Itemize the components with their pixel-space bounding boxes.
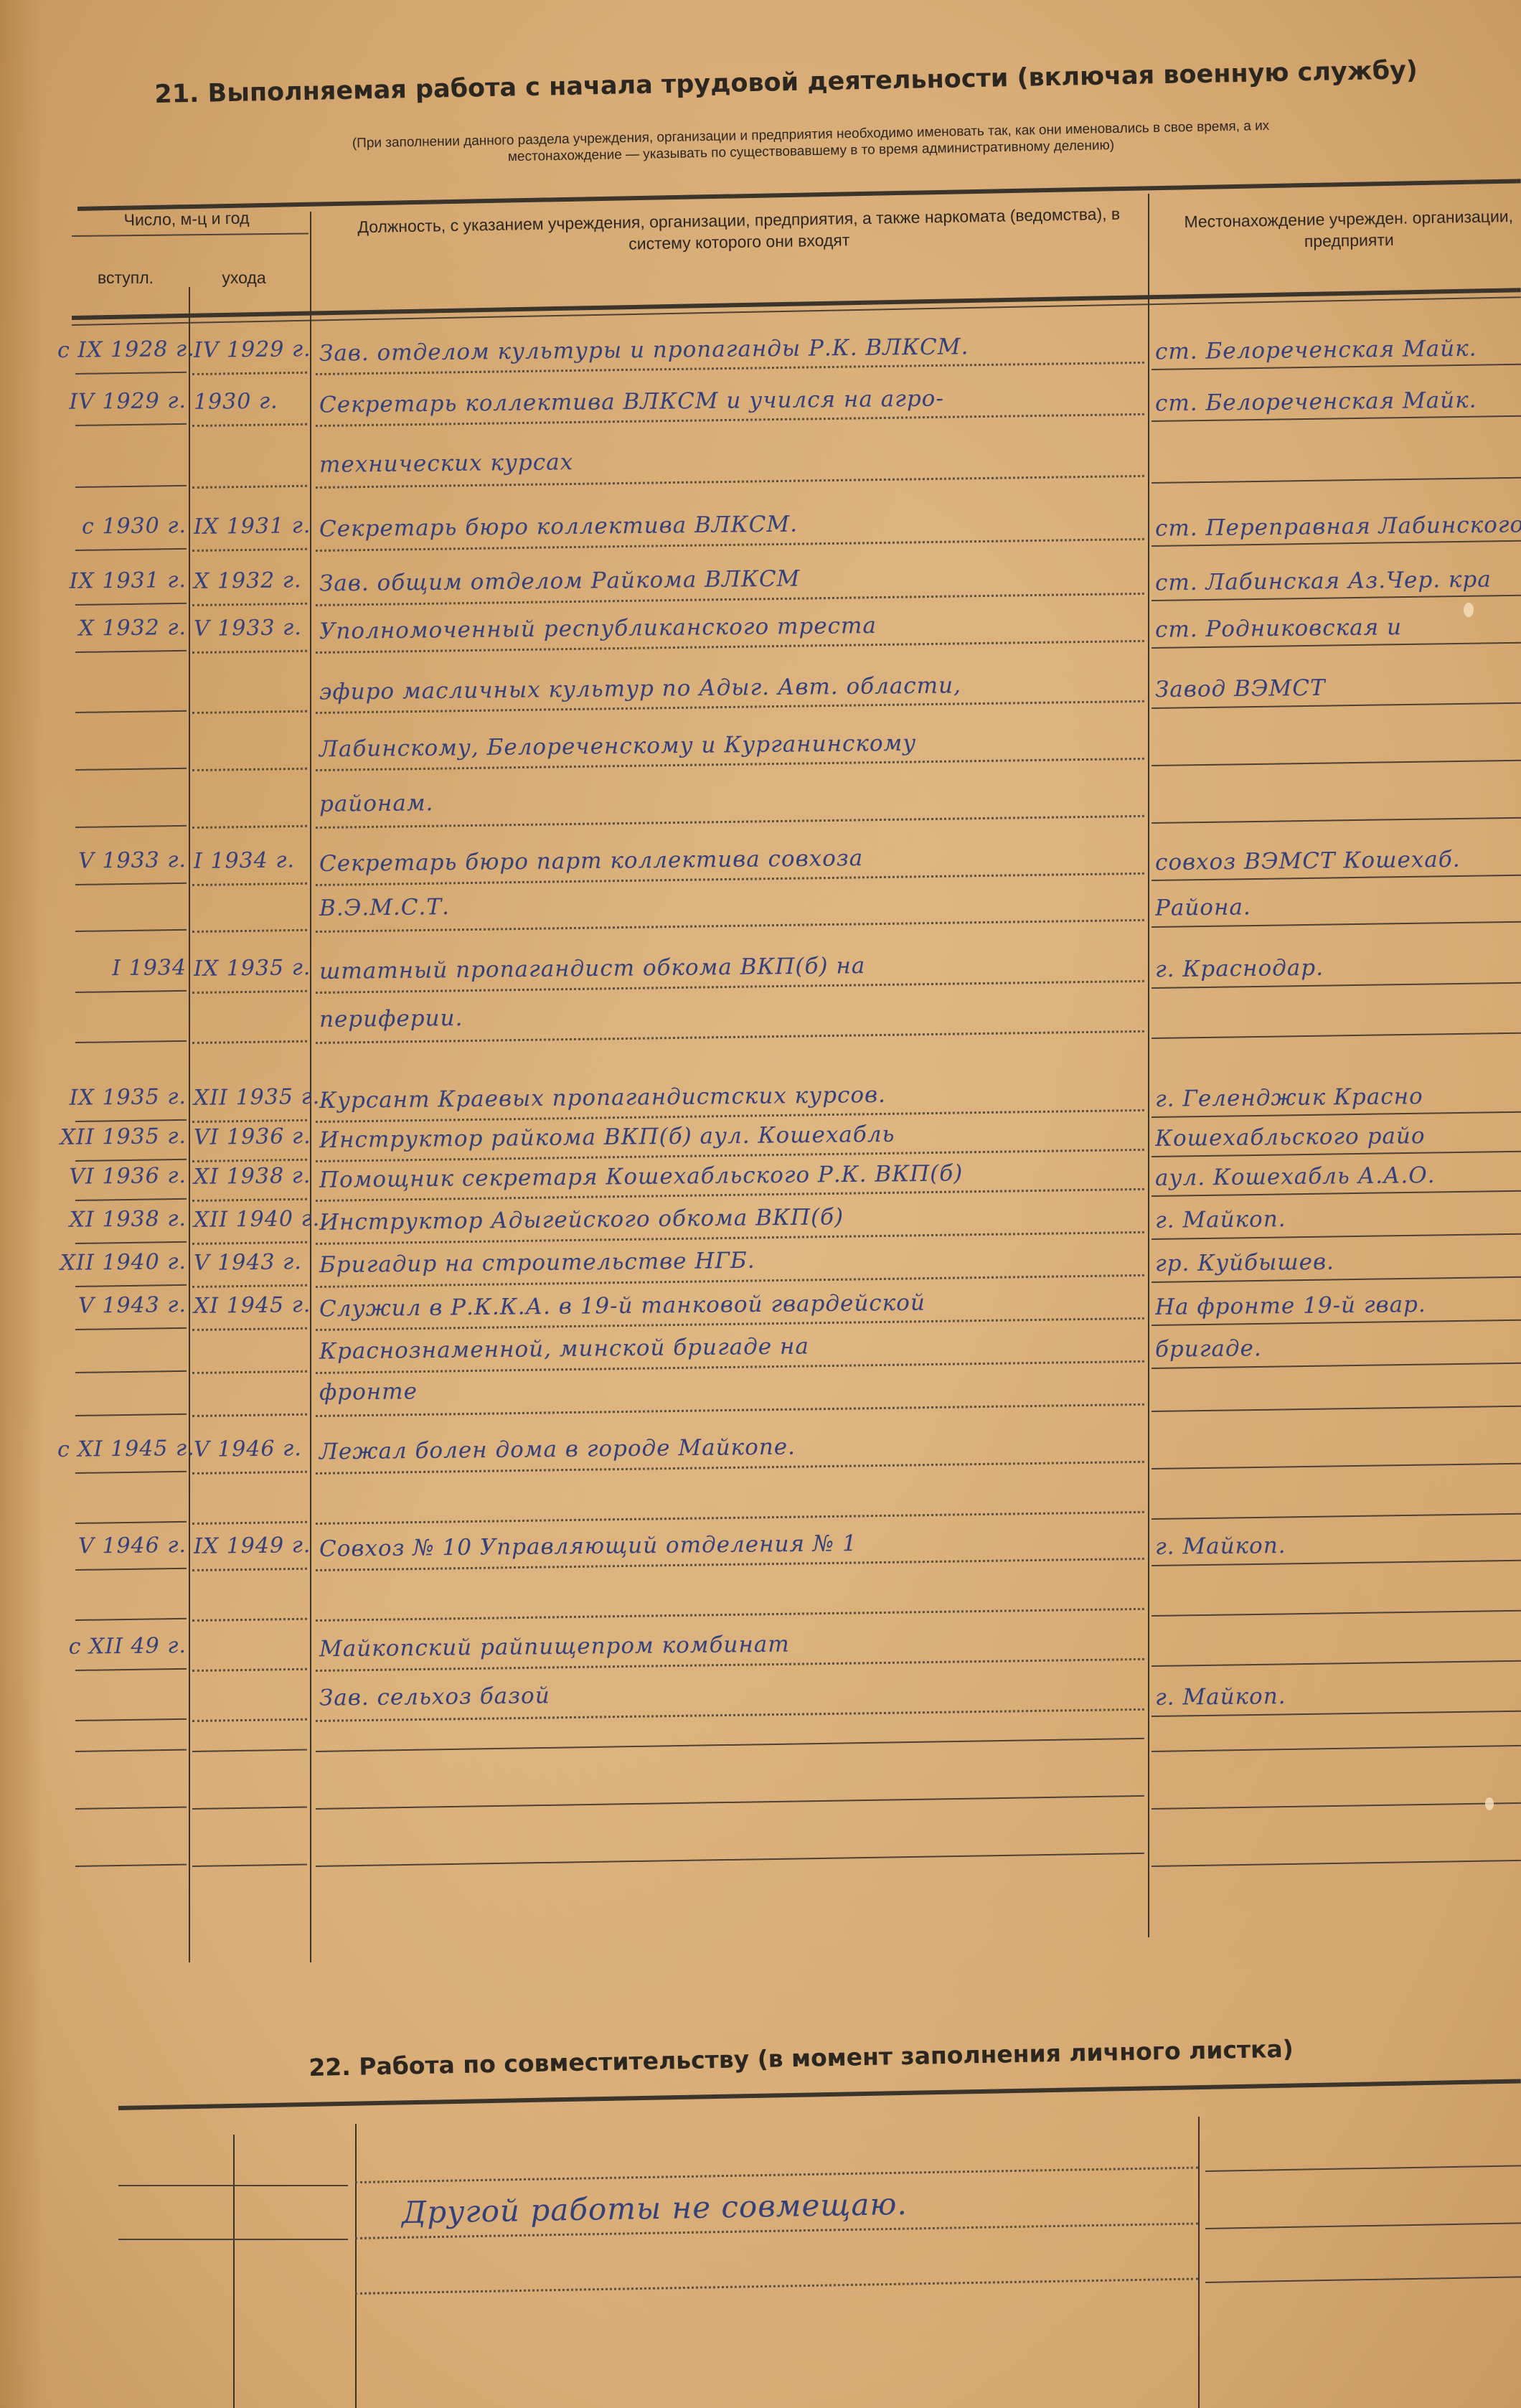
header-date-group: Число, м-ц и год xyxy=(68,206,305,232)
section-22-entry: Другой работы не совмещаю. xyxy=(402,2190,908,2227)
row-exit-date: IX 1935 г. xyxy=(194,954,309,984)
row-position: штатный пропагандист обкома ВКП(б) на xyxy=(319,951,866,986)
row-position: Зав. общим отделом Райкома ВЛКСМ xyxy=(319,564,801,598)
row-location: г. Майкоп. xyxy=(1155,1531,1286,1561)
row-location: бригаде. xyxy=(1155,1334,1262,1364)
row-entry-date: XI 1938 г. xyxy=(57,1205,187,1235)
row-position: фронте xyxy=(319,1377,418,1406)
row-entry-date: IV 1929 г. xyxy=(57,387,187,417)
row-exit-date: V 1946 г. xyxy=(194,1434,309,1464)
s22-column-divider-entry xyxy=(233,2135,235,2408)
row-location: г. Геленджик Красно xyxy=(1155,1082,1423,1114)
row-position: Бригадир на строительстве НГБ. xyxy=(319,1246,755,1279)
row-location: ст. Переправная Лабинского xyxy=(1155,510,1521,542)
row-entry-date: XII 1940 г. xyxy=(57,1248,187,1278)
row-position: Майкопский райпищепром комбинат xyxy=(319,1630,790,1664)
row-position: Секретарь бюро парт коллектива совхоза xyxy=(319,844,864,878)
row-entry-date: с IX 1928 г. xyxy=(57,335,187,365)
row-entry-date: V 1943 г. xyxy=(57,1291,187,1321)
row-location: совхоз ВЭМСТ Кошехаб. xyxy=(1155,845,1461,877)
row-exit-date: XI 1945 г. xyxy=(194,1291,309,1321)
row-location: Кошехабльского райо xyxy=(1155,1121,1426,1153)
row-entry-date: I 1934 xyxy=(57,954,187,984)
row-entry-date: VI 1936 г. xyxy=(57,1162,187,1192)
s22-line-2c xyxy=(118,2239,348,2240)
row-location: г. Майкоп. xyxy=(1155,1682,1286,1712)
page-edge-shadow xyxy=(0,0,43,2408)
row-position: Уполномоченный республиканского треста xyxy=(319,611,877,646)
row-location: Завод ВЭМСТ xyxy=(1155,674,1326,704)
row-exit-date: IX 1949 г. xyxy=(194,1531,309,1561)
row-exit-date: XII 1935 г. xyxy=(194,1083,309,1113)
s22-column-divider-exit xyxy=(355,2124,357,2408)
row-location: ст. Лабинская Аз.Чер. кра xyxy=(1155,565,1492,598)
row-position: периферии. xyxy=(319,1004,463,1034)
row-location: ст. Белореченская Майк. xyxy=(1155,386,1477,418)
row-position: В.Э.М.С.Т. xyxy=(319,893,450,923)
row-exit-date: V 1933 г. xyxy=(194,613,309,644)
row-location: г. Майкоп. xyxy=(1155,1205,1286,1235)
row-position: Курсант Краевых пропагандистских курсов. xyxy=(319,1081,886,1115)
row-entry-date: V 1933 г. xyxy=(57,846,187,876)
row-location: гр. Куйбышев. xyxy=(1155,1248,1334,1279)
row-entry-date: IX 1935 г. xyxy=(57,1083,187,1113)
s22-line-1c xyxy=(118,2185,348,2186)
row-exit-date: X 1932 г. xyxy=(194,566,309,596)
row-position: районам. xyxy=(319,789,434,819)
s22-column-divider-location xyxy=(1198,2117,1200,2408)
header-entry: вступл. xyxy=(72,267,179,288)
row-location: ст. Родниковская и xyxy=(1155,613,1402,644)
header-location: Местонахождение учрежден. организации, п… xyxy=(1169,205,1521,255)
row-exit-date: XI 1938 г. xyxy=(194,1162,309,1192)
row-position: Краснознаменной, минской бригаде на xyxy=(319,1332,809,1365)
row-location: ст. Белореченская Майк. xyxy=(1155,334,1477,367)
row-exit-date: IX 1931 г. xyxy=(194,512,309,542)
column-divider-entry xyxy=(189,287,190,1962)
row-position: Лежал болен дома в городе Майкопе. xyxy=(319,1433,796,1467)
row-location: Района. xyxy=(1155,893,1251,922)
row-entry-date: X 1932 г. xyxy=(57,613,187,644)
row-exit-date: I 1934 г. xyxy=(194,846,309,876)
paper-blemish xyxy=(1464,603,1474,617)
paper-blemish xyxy=(1485,1797,1494,1810)
row-entry-date: IX 1931 г. xyxy=(57,566,187,596)
row-entry-date: с XII 49 г. xyxy=(57,1632,187,1662)
row-position: Совхоз № 10 Управляющий отделения № 1 xyxy=(319,1529,857,1563)
row-location: аул. Кошехабль А.А.О. xyxy=(1155,1161,1436,1193)
row-position: Секретарь бюро коллектива ВЛКСМ. xyxy=(319,510,798,544)
row-exit-date: VI 1936 г. xyxy=(194,1122,309,1152)
row-entry-date: с XI 1945 г. xyxy=(57,1434,187,1464)
row-exit-date: V 1943 г. xyxy=(194,1248,309,1278)
row-exit-date: IV 1929 г. xyxy=(194,335,309,365)
row-entry-date: с 1930 г. xyxy=(57,512,187,542)
row-exit-date: XII 1940 г. xyxy=(194,1205,309,1235)
row-position: Зав. сельхоз базой xyxy=(319,1681,550,1712)
row-position: Инструктор Адыгейского обкома ВКП(б) xyxy=(319,1203,844,1237)
row-location: На фронте 19-й гвар. xyxy=(1155,1290,1426,1322)
row-position: Инструктор райкома ВКП(б) аул. Кошехабль xyxy=(319,1120,895,1154)
row-entry-date: V 1946 г. xyxy=(57,1531,187,1561)
row-entry-date: XII 1935 г. xyxy=(57,1122,187,1152)
column-divider-location xyxy=(1148,194,1149,1937)
row-exit-date: 1930 г. xyxy=(194,387,309,417)
row-location: г. Краснодар. xyxy=(1155,954,1324,984)
row-position: технических курсах xyxy=(319,448,573,479)
header-exit: ухода xyxy=(190,267,298,288)
